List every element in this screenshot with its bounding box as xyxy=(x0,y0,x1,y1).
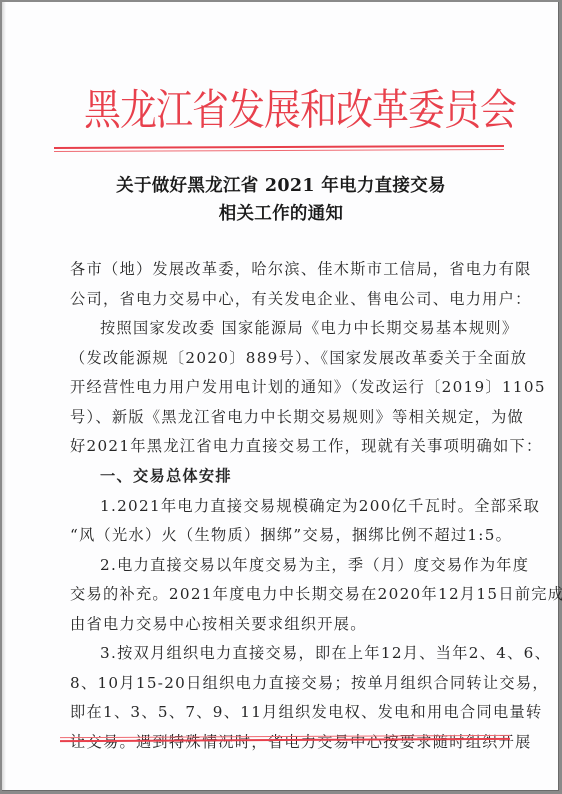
section-heading: 一、交易总体安排 xyxy=(70,462,494,492)
item2-line: 交易的补充。2021年度电力中长期交易在2020年12月15日前完成， xyxy=(70,580,494,610)
item1-line: “风（光水）火（生物质）捆绑”交易，捆绑比例不超过1:5。 xyxy=(70,521,494,551)
intro-line: 按照国家发改委 国家能源局《电力中长期交易基本规则》 xyxy=(70,314,494,344)
notice-title-line1: 关于做好黑龙江省 2021 年电力直接交易 xyxy=(0,172,562,200)
item2-line: 由省电力交易中心按相关要求组织开展。 xyxy=(70,610,494,640)
notice-title-line2: 相关工作的通知 xyxy=(0,200,562,228)
section-1: 一、交易总体安排 1.2021年电力直接交易规模确定为200亿千瓦时。全部采取 … xyxy=(70,462,494,757)
item1-line: 1.2021年电力直接交易规模确定为200亿千瓦时。全部采取 xyxy=(70,492,494,522)
addressee-block: 各市（地）发展改革委，哈尔滨、佳木斯市工信局，省电力有限 公司，省电力交易中心，… xyxy=(70,255,494,314)
page-edge-shadow xyxy=(2,2,6,790)
intro-line: 开经营性电力用户发用电计划的通知》（发改运行〔2019〕1105 xyxy=(70,373,494,403)
item3-line: 让交易。遇到特殊情况时，省电力交易中心按要求随时组织开展 xyxy=(70,728,494,758)
addressee-line: 公司，省电力交易中心，有关发电企业、售电公司、电力用户： xyxy=(70,285,494,315)
intro-line: 好2021年黑龙江省电力直接交易工作，现就有关事项明确如下： xyxy=(70,432,494,462)
item2-line: 2.电力直接交易以年度交易为主，季（月）度交易作为年度 xyxy=(70,551,494,581)
item3-line: 3.按双月组织电力直接交易，即在上年12月、当年2、4、6、 xyxy=(70,639,494,669)
issuer-header: 黑龙江省发展和改革委员会 xyxy=(84,84,474,137)
item3-line: 即在1、3、5、7、9、11月组织发电权、发电和用电合同电量转 xyxy=(70,698,494,728)
item3-line: 8、10月15-20日组织电力直接交易；按单月组织合同转让交易， xyxy=(70,669,494,699)
intro-line: 号）、新版《黑龙江省电力中长期交易规则》等相关规定，为做 xyxy=(70,403,494,433)
intro-line: （发改能源规〔2020〕889号）、《国家发展改革委关于全面放 xyxy=(70,344,494,374)
addressee-line: 各市（地）发展改革委，哈尔滨、佳木斯市工信局，省电力有限 xyxy=(70,255,494,285)
intro-paragraph: 按照国家发改委 国家能源局《电力中长期交易基本规则》 （发改能源规〔2020〕8… xyxy=(70,314,494,462)
